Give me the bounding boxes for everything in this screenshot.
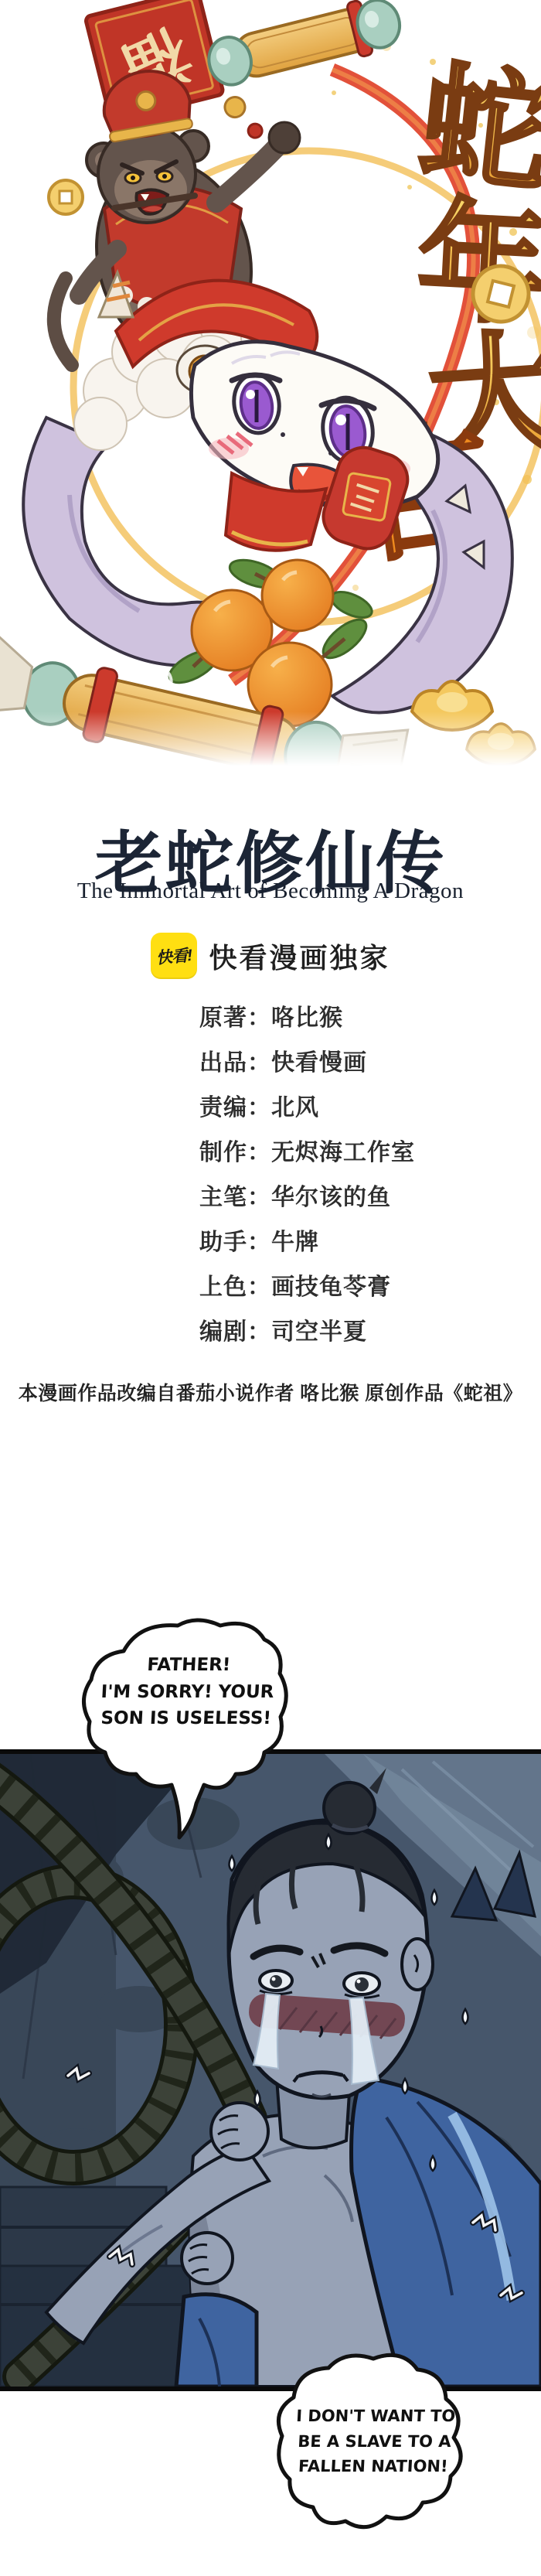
credit-row-assistant: 助手：牛牌 [199,1217,415,1262]
credit-row-producer: 出品：快看慢画 [199,1038,415,1083]
credit-row-lead-artist: 主笔：华尔该的鱼 [199,1172,415,1217]
publisher-row: 快看! 快看漫画独家 [0,933,541,979]
kuaikan-logo-badge: 快看! [151,933,197,979]
credit-value: 北风 [271,1088,319,1122]
comic-page: 福 [0,0,541,2576]
credit-label: 制作： [199,1133,271,1167]
speech-bubble-father-text: FATHER! I'M SORRY! YOUR SON IS USELESS! [75,1652,299,1732]
credit-row-screenwriter: 编剧：司空半夏 [199,1307,415,1352]
credit-value: 咯比猴 [271,998,343,1032]
bubble-line: FATHER! [78,1652,300,1679]
credit-value: 司空半夏 [271,1312,367,1346]
bubble-line: SON IS USELESS! [75,1705,297,1732]
clenched-fist-upper [211,2103,268,2160]
bubble-line: I DON'T WANT TO [281,2404,471,2429]
credit-row-original-author: 原著：咯比猴 [199,993,415,1038]
calligraphy-char-nian: 年 [413,189,541,342]
credit-value: 牛牌 [271,1223,319,1257]
credit-row-colorist: 上色：画技龟苓膏 [199,1262,415,1307]
speech-bubble-slave-text: I DON'T WANT TO BE A SLAVE TO A FALLEN N… [277,2404,471,2479]
credit-value: 华尔该的鱼 [271,1178,391,1212]
bubble-line: I'M SORRY! YOUR [77,1679,298,1706]
credit-label: 责编： [199,1088,271,1122]
credit-value: 画技龟苓膏 [271,1268,391,1302]
credit-label: 上色： [199,1268,271,1302]
series-subtitle: The Immortal Art of Becoming A Dragon [0,879,541,904]
golden-scroll-top [203,0,406,93]
credit-label: 助手： [199,1223,271,1257]
clenched-fist-lower [182,2233,233,2284]
kuaikan-logo-text: 快看! [155,943,192,969]
bubble-line: BE A SLAVE TO A [279,2429,470,2455]
credit-row-studio: 制作：无烬海工作室 [199,1128,415,1172]
credit-label: 原著： [199,998,271,1032]
adaptation-disclaimer: 本漫画作品改编自番茄小说作者 咯比猴 原创作品《蛇祖》 [0,1378,541,1406]
bubble-line: FALLEN NATION! [277,2454,468,2479]
credit-label: 出品： [199,1043,271,1077]
hero-fade [0,711,541,766]
credit-label: 主笔： [199,1178,271,1212]
credit-value: 快看慢画 [271,1043,367,1077]
publisher-exclusive-label: 快看漫画独家 [209,937,390,976]
panel-artwork [0,1754,541,2387]
new-year-hero-illustration: 福 [0,0,541,766]
credit-row-editor: 责编：北风 [199,1083,415,1128]
credit-label: 编剧： [199,1312,271,1346]
credits-list: 原著：咯比猴 出品：快看慢画 责编：北风 制作：无烬海工作室 主笔：华尔该的鱼 … [199,993,415,1352]
credit-value: 无烬海工作室 [271,1133,415,1167]
calligraphy-char-she: 蛇 [413,53,541,210]
